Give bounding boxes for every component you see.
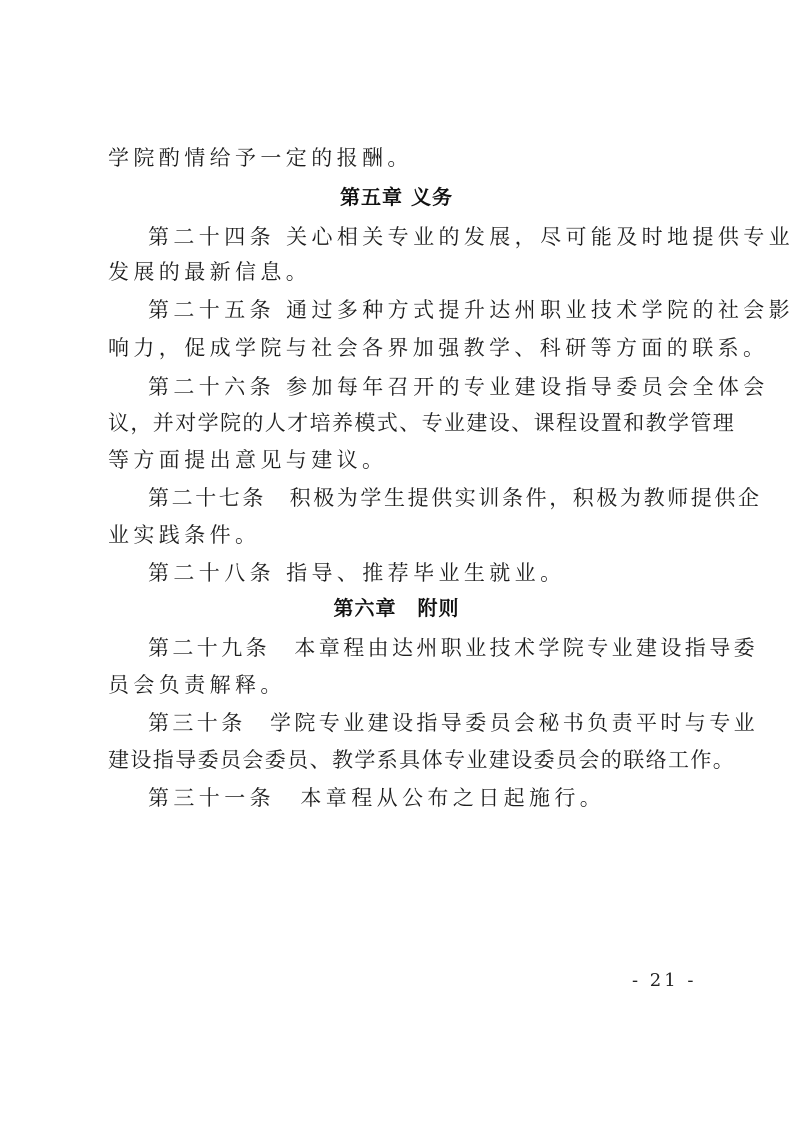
article-30: 第三十条 学院专业建设指导委员会秘书负责平时与专业 — [148, 710, 694, 736]
text-line-continuation: 员会负责解释。 — [108, 672, 694, 698]
document-page: 学院酌情给予一定的报酬。 第五章 义务 第二十四条 关心相关专业的发展，尽可能及… — [0, 0, 793, 1123]
chapter-heading-5: 第五章 义务 — [0, 184, 793, 210]
article-27: 第二十七条 积极为学生提供实训条件，积极为教师提供企 — [148, 485, 694, 511]
page-number: - 21 - — [632, 970, 697, 991]
text-line-continuation: 建设指导委员会委员、教学系具体专业建设委员会的联络工作。 — [108, 747, 694, 773]
article-28: 第二十八条 指导、推荐毕业生就业。 — [148, 560, 694, 586]
text-line-continuation: 等方面提出意见与建议。 — [108, 447, 694, 473]
article-24: 第二十四条 关心相关专业的发展，尽可能及时地提供专业 — [148, 224, 694, 250]
text-line-continuation: 响力，促成学院与社会各界加强教学、科研等方面的联系。 — [108, 335, 694, 361]
chapter-heading-6: 第六章 附则 — [0, 595, 793, 621]
article-29: 第二十九条 本章程由达州职业技术学院专业建设指导委 — [148, 635, 694, 661]
text-line-continuation: 议，并对学院的人才培养模式、专业建设、课程设置和教学管理 — [108, 410, 694, 436]
article-26: 第二十六条 参加每年召开的专业建设指导委员会全体会 — [148, 374, 694, 400]
article-31: 第三十一条 本章程从公布之日起施行。 — [148, 785, 694, 811]
text-line-continuation: 发展的最新信息。 — [108, 259, 694, 285]
article-25: 第二十五条 通过多种方式提升达州职业技术学院的社会影 — [148, 297, 694, 323]
text-line-continuation: 学院酌情给予一定的报酬。 — [108, 145, 694, 171]
text-line-continuation: 业实践条件。 — [108, 522, 694, 548]
